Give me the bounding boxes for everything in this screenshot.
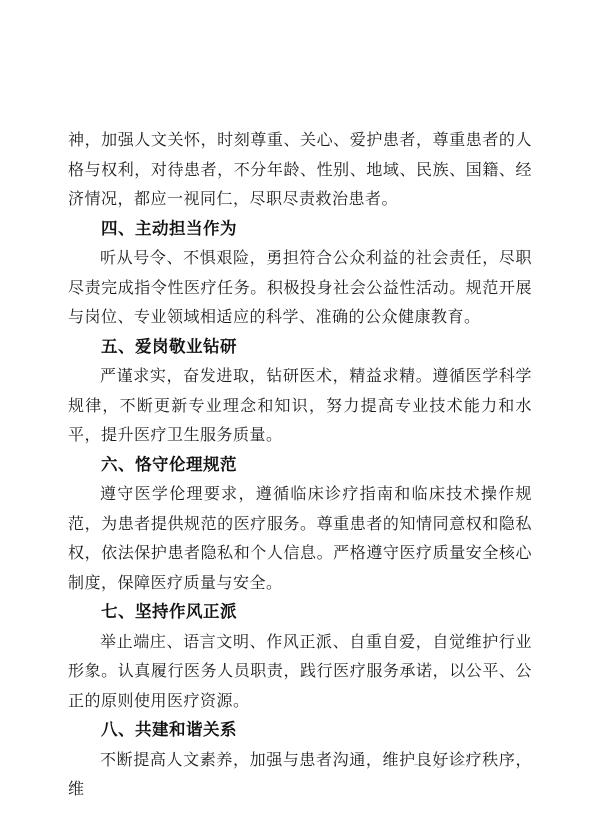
- paragraph: 不断提高人文素养，加强与患者沟通，维护良好诊疗秩序，维: [68, 746, 532, 805]
- paragraph: 举止端庄、语言文明、作风正派、自重自爱，自觉维护行业形象。认真履行医务人员职责，…: [68, 628, 532, 717]
- section-heading: 八、共建和谐关系: [68, 716, 532, 746]
- paragraph: 神，加强人文关怀，时刻尊重、关心、爱护患者，尊重患者的人格与权利，对待患者，不分…: [68, 126, 532, 215]
- section-5: 五、爱岗敬业钻研 严谨求实，奋发进取，钻研医术，精益求精。遵循医学科学规律，不断…: [68, 333, 532, 451]
- document-body: 神，加强人文关怀，时刻尊重、关心、爱护患者，尊重患者的人格与权利，对待患者，不分…: [68, 126, 532, 805]
- paragraph: 听从号令、不惧艰险，勇担符合公众利益的社会责任，尽职尽责完成指令性医疗任务。积极…: [68, 244, 532, 333]
- section-continuation: 神，加强人文关怀，时刻尊重、关心、爱护患者，尊重患者的人格与权利，对待患者，不分…: [68, 126, 532, 215]
- paragraph: 遵守医学伦理要求，遵循临床诊疗指南和临床技术操作规范，为患者提供规范的医疗服务。…: [68, 480, 532, 598]
- section-4: 四、主动担当作为 听从号令、不惧艰险，勇担符合公众利益的社会责任，尽职尽责完成指…: [68, 215, 532, 333]
- scanned-document-page: 神，加强人文关怀，时刻尊重、关心、爱护患者，尊重患者的人格与权利，对待患者，不分…: [0, 0, 593, 835]
- section-7: 七、坚持作风正派 举止端庄、语言文明、作风正派、自重自爱，自觉维护行业形象。认真…: [68, 598, 532, 716]
- page-number: — 5 —: [414, 756, 468, 772]
- section-heading: 五、爱岗敬业钻研: [68, 333, 532, 363]
- section-heading: 七、坚持作风正派: [68, 598, 532, 628]
- section-6: 六、恪守伦理规范 遵守医学伦理要求，遵循临床诊疗指南和临床技术操作规范，为患者提…: [68, 451, 532, 599]
- section-heading: 六、恪守伦理规范: [68, 451, 532, 481]
- section-heading: 四、主动担当作为: [68, 215, 532, 245]
- paragraph: 严谨求实，奋发进取，钻研医术，精益求精。遵循医学科学规律，不断更新专业理念和知识…: [68, 362, 532, 451]
